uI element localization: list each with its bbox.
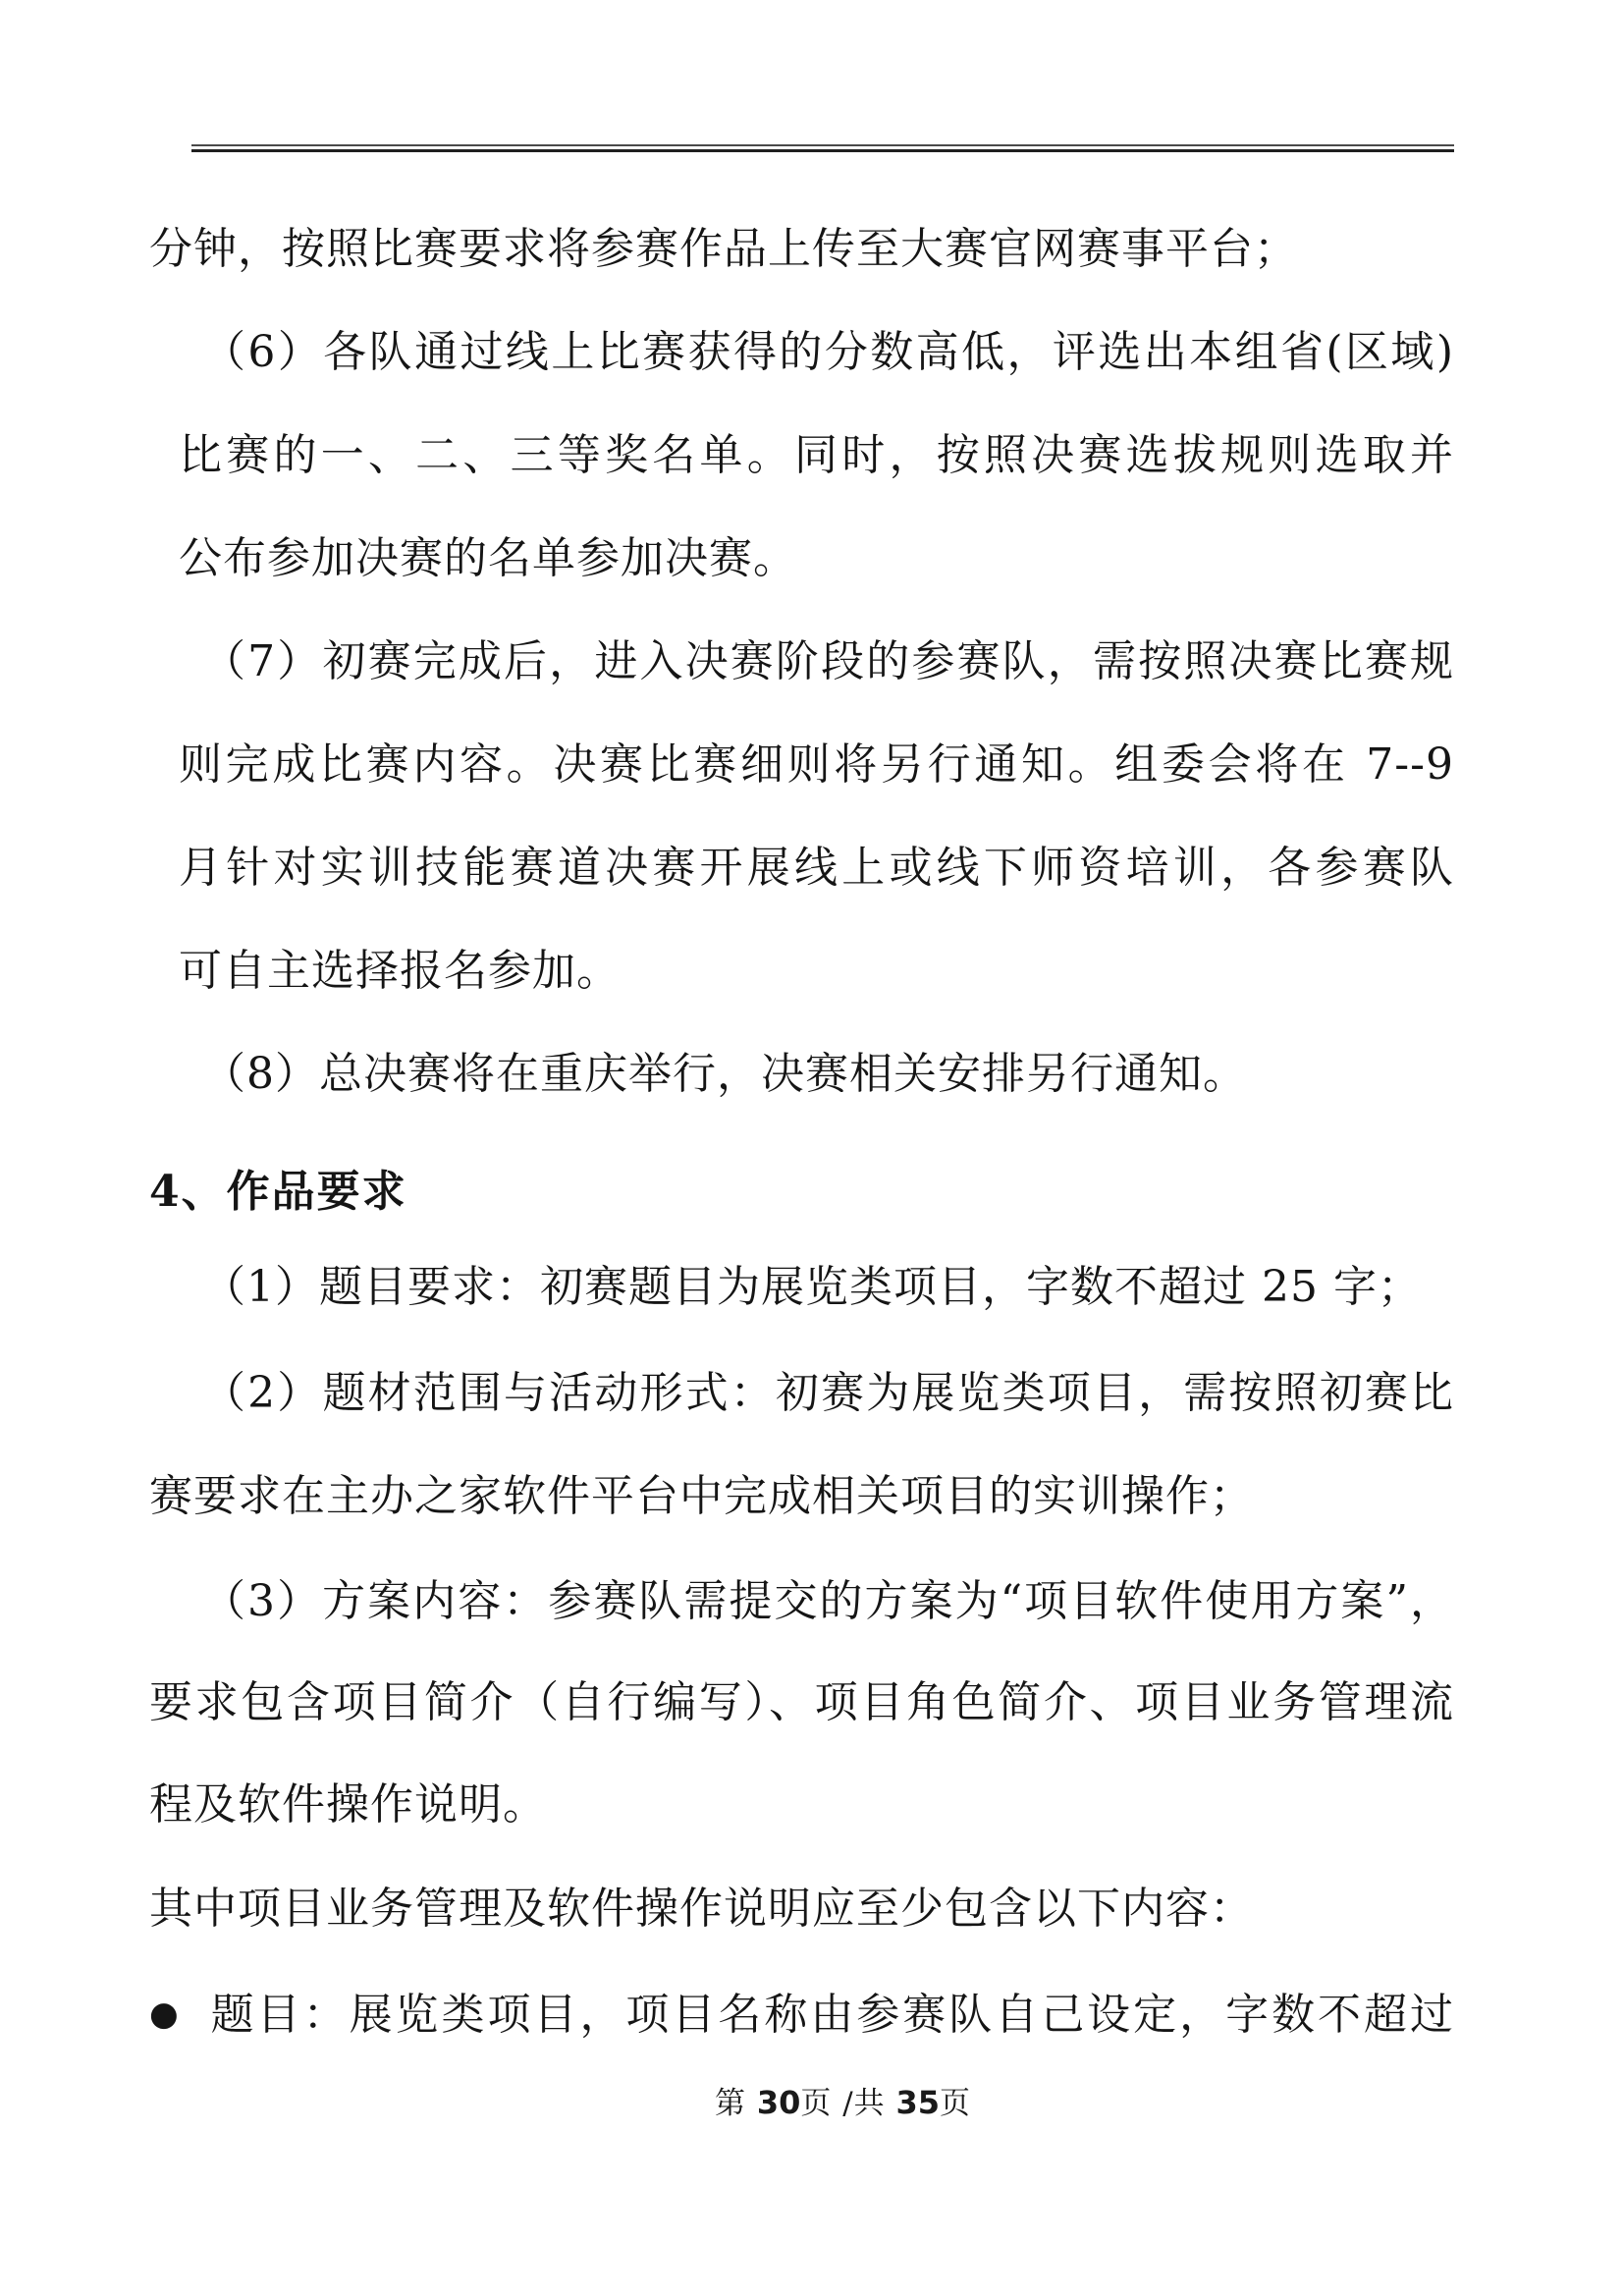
text-line: 要求包含项目简介（自行编写）、项目角色简介、项目业务管理流 xyxy=(149,1675,1454,1730)
header-rule xyxy=(191,144,1454,152)
section-heading-4: 4、作品要求 xyxy=(149,1165,1454,1220)
text-line: 其中项目业务管理及软件操作说明应至少包含以下内容： xyxy=(149,1882,1454,1937)
footer-total-pages: 35 xyxy=(896,2084,941,2121)
text-line: 可自主选择报名参加。 xyxy=(149,944,1454,999)
text-line: （6）各队通过线上比赛获得的分数高低，评选出本组省(区域) xyxy=(149,325,1454,380)
bullet-item-text: 题目：展览类项目，项目名称由参赛队自己设定，字数不超过 xyxy=(211,1990,1454,2040)
text-line: （2）题材范围与活动形式：初赛为展览类项目，需按照初赛比 xyxy=(149,1366,1454,1421)
text-line: 则完成比赛内容。决赛比赛细则将另行通知。组委会将在 7--9 xyxy=(149,738,1454,793)
text-line: 分钟，按照比赛要求将参赛作品上传至大赛官网赛事平台； xyxy=(149,222,1454,277)
text-line: （1）题目要求：初赛题目为展览类项目，字数不超过 25 字； xyxy=(149,1260,1454,1315)
text-line: 赛要求在主办之家软件平台中完成相关项目的实训操作； xyxy=(149,1469,1454,1524)
text-line: （8）总决赛将在重庆举行，决赛相关安排另行通知。 xyxy=(149,1047,1454,1102)
text-line: （3）方案内容：参赛队需提交的方案为“项目软件使用方案”， xyxy=(149,1574,1454,1629)
text-line: 月针对实训技能赛道决赛开展线上或线下师资培训，各参赛队 xyxy=(149,841,1454,896)
bullet-icon: ● xyxy=(149,1995,182,2034)
text-line: 程及软件操作说明。 xyxy=(149,1777,1454,1832)
footer-label-prefix: 第 xyxy=(715,2086,757,2121)
footer-page-number: 30 xyxy=(757,2084,801,2121)
document-page: 分钟，按照比赛要求将参赛作品上传至大赛官网赛事平台； （6）各队通过线上比赛获得… xyxy=(0,0,1623,2296)
footer-label-suffix: 页 xyxy=(940,2086,971,2121)
text-line: 公布参加决赛的名单参加决赛。 xyxy=(149,531,1454,586)
bullet-list-item: ●题目：展览类项目，项目名称由参赛队自己设定，字数不超过 xyxy=(149,1987,1454,2043)
footer-label-mid: 页 /共 xyxy=(800,2086,895,2121)
page-footer: 第 30页 /共 35页 xyxy=(0,2078,1623,2122)
text-line: 比赛的一、二、三等奖名单。同时，按照决赛选拔规则选取并 xyxy=(149,428,1454,483)
text-line: （7）初赛完成后，进入决赛阶段的参赛队，需按照决赛比赛规 xyxy=(149,634,1454,689)
